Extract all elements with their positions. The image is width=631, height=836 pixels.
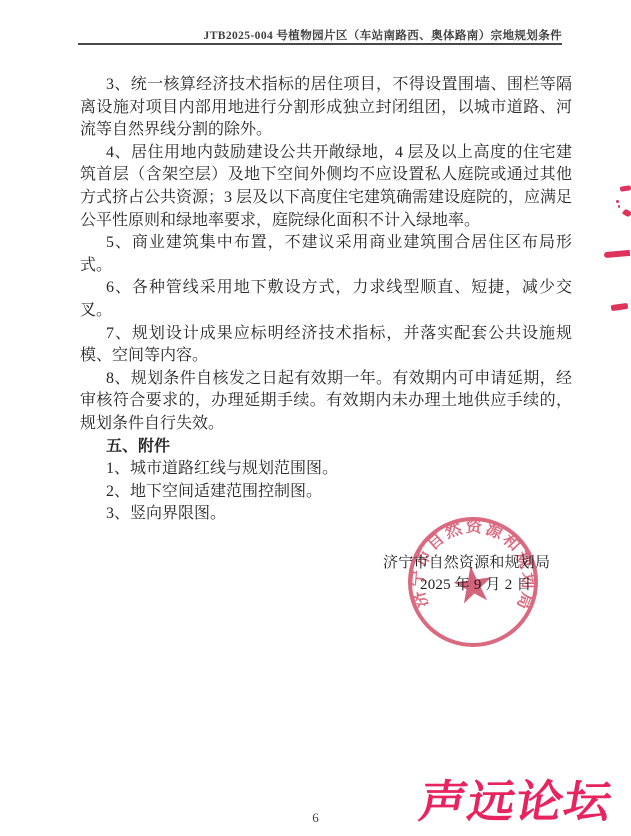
stray-ink-mark — [618, 205, 620, 208]
attachment-item-2: 2、地下空间适建范围控制图。 — [80, 481, 572, 504]
section-heading-attachments: 五、附件 — [80, 436, 572, 459]
document-page: JTB2025-004 号植物园片区（车站南路西、奥体路南）宗地规划条件 3、统… — [0, 0, 631, 836]
signature-authority: 济宁市自然资源和规划局 — [383, 551, 550, 572]
paragraph-item-7: 7、规划设计成果应标明经济技术指标，并落实配套公共设施规模、空间等内容。 — [80, 323, 572, 368]
header-divider — [78, 43, 562, 45]
paragraph-item-5: 5、商业建筑集中布置，不建议采用商业建筑围合居住区布局形式。 — [80, 232, 572, 277]
paragraph-item-8: 8、规划条件自核发之日起有效期一年。有效期内可申请延期，经审核符合要求的，办理延… — [80, 368, 572, 436]
attachment-item-1: 1、城市道路红线与规划范围图。 — [80, 458, 572, 481]
stray-ink-mark — [620, 185, 631, 191]
stray-ink-mark — [622, 208, 631, 217]
paragraph-item-3: 3、统一核算经济技术指标的居住项目，不得设置围墙、围栏等隔离设施对项目内部用地进… — [80, 74, 572, 142]
forum-watermark: 声远论坛 — [416, 780, 616, 825]
signature-date: 2025 年 9 月 2 日 — [420, 573, 532, 594]
stray-ink-mark — [616, 200, 619, 203]
header-doc-reference: JTB2025-004 号植物园片区（车站南路西、奥体路南）宗地规划条件 — [78, 27, 562, 43]
paragraph-item-6: 6、各种管线采用地下敷设方式，力求线型顺直、短捷，减少交叉。 — [80, 277, 572, 322]
paragraph-item-4: 4、居住用地内鼓励建设公共开敞绿地，4 层及以上高度的住宅建筑首层（含架空层）及… — [80, 142, 572, 232]
stray-ink-mark — [604, 250, 630, 258]
stray-ink-mark — [611, 303, 629, 311]
document-body: 3、统一核算经济技术指标的居住项目，不得设置围墙、围栏等隔离设施对项目内部用地进… — [80, 74, 572, 526]
